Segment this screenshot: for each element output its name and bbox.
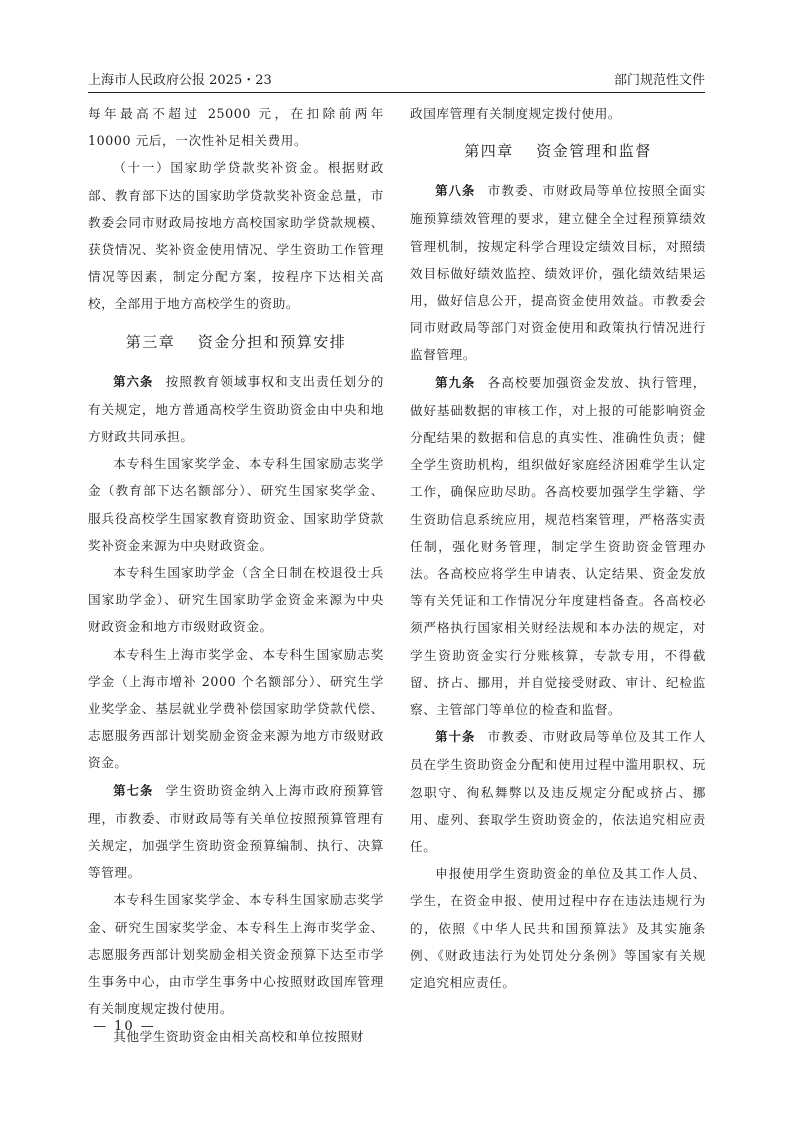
section-title: 部门规范性文件 bbox=[614, 69, 705, 88]
paragraph: 每年最高不超过 25000 元，在扣除前两年 10000 元后，一次性补足相关费… bbox=[88, 100, 384, 154]
paragraph: 政国库管理有关制度规定拨付使用。 bbox=[410, 100, 706, 127]
chapter-title: 资金管理和监督 bbox=[536, 142, 652, 160]
article-9: 第九条各高校要加强资金发放、执行管理，做好基础数据的审核工作，对上报的可能影响资… bbox=[410, 369, 706, 724]
paragraph-item-11: （十一）国家助学贷款奖补资金。根据财政部、教育部下达的国家助学贷款奖补资金总量，… bbox=[88, 154, 384, 317]
left-column: 每年最高不超过 25000 元，在扣除前两年 10000 元后，一次性补足相关费… bbox=[88, 100, 384, 1050]
paragraph: 本专科生国家奖学金、本专科生国家励志奖学金、研究生国家奖学金、本专科生上海市奖学… bbox=[88, 886, 384, 1022]
article-text: 市教委、市财政局等单位按照全面实施预算绩效管理的要求，建立健全全过程预算绩效管理… bbox=[410, 183, 706, 362]
chapter-title: 资金分担和预算安排 bbox=[198, 333, 347, 351]
paragraph: 本专科生国家助学金（含全日制在校退役士兵国家助学金）、研究生国家助学金资金来源为… bbox=[88, 559, 384, 641]
article-text: 市教委、市财政局等单位及其工作人员在学生资助资金分配和使用过程中滥用职权、玩忽职… bbox=[410, 729, 706, 854]
page-number: — 10 — bbox=[93, 1019, 156, 1034]
chapter-number: 第三章 bbox=[126, 333, 176, 351]
chapter-4-heading: 第四章资金管理和监督 bbox=[410, 137, 706, 165]
page-header: 上海市人民政府公报 2025・23 部门规范性文件 bbox=[88, 66, 705, 93]
article-label: 第十条 bbox=[435, 730, 475, 744]
article-6: 第六条按照教育领域事权和支出责任划分的有关规定，地方普通高校学生资助资金由中央和… bbox=[88, 368, 384, 451]
article-label: 第七条 bbox=[113, 784, 153, 798]
article-10: 第十条市教委、市财政局等单位及其工作人员在学生资助资金分配和使用过程中滥用职权、… bbox=[410, 723, 706, 860]
article-label: 第八条 bbox=[435, 184, 475, 198]
chapter-3-heading: 第三章资金分担和预算安排 bbox=[88, 328, 384, 356]
right-column: 政国库管理有关制度规定拨付使用。 第四章资金管理和监督 第八条市教委、市财政局等… bbox=[410, 100, 706, 996]
article-label: 第九条 bbox=[435, 376, 475, 390]
paragraph: 本专科生国家奖学金、本专科生国家励志奖学金（教育部下达名额部分）、研究生国家奖学… bbox=[88, 450, 384, 559]
article-8: 第八条市教委、市财政局等单位按照全面实施预算绩效管理的要求，建立健全全过程预算绩… bbox=[410, 177, 706, 368]
publication-title: 上海市人民政府公报 2025・23 bbox=[88, 69, 272, 88]
article-text: 各高校要加强资金发放、执行管理，做好基础数据的审核工作，对上报的可能影响资金分配… bbox=[410, 375, 706, 717]
chapter-number: 第四章 bbox=[464, 142, 514, 160]
article-7: 第七条学生资助资金纳入上海市政府预算管理，市教委、市财政局等有关单位按照预算管理… bbox=[88, 777, 384, 887]
paragraph: 本专科生上海市奖学金、本专科生国家励志奖学金（上海市增补 2000 个名额部分）… bbox=[88, 641, 384, 777]
paragraph: 申报使用学生资助资金的单位及其工作人员、学生，在资金申报、使用过程中存在违法违规… bbox=[410, 860, 706, 996]
article-label: 第六条 bbox=[113, 375, 153, 389]
